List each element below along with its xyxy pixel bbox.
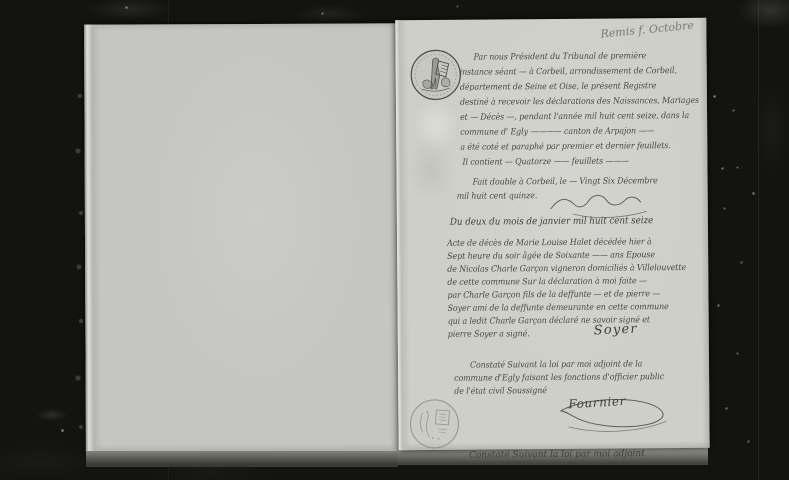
heading-line: et — Décès —, pendant l'année mil huit c… [460, 111, 689, 123]
heading-line: a été coté et paraphé par premier et der… [460, 141, 671, 153]
act-line: Sept heure du soir âgée de Soixante —— a… [447, 250, 655, 262]
constat-line: commune d'Egly faisant les fonctions d'o… [454, 372, 664, 384]
heading-line: commune d' Egly ———— canton de Arpajon —… [460, 126, 654, 138]
act-line: par Charle Garçon fils de la deffunte — … [447, 289, 660, 301]
left-blank-page [84, 23, 399, 452]
witness-signature: Soyer [593, 322, 638, 339]
official-seal-faint-icon [408, 398, 460, 450]
constat-line: Constaté Suivant la loi par moi adjoint … [470, 359, 642, 370]
scanned-civil-register: Constaté Suivant la loi par moi adjoint … [0, 0, 789, 480]
heading-line: instance séant — à Corbeil, arrondisseme… [460, 66, 677, 78]
heading-line: Par nous Président du Tribunal de premiè… [474, 51, 647, 62]
official-seal-icon [409, 48, 463, 102]
constat-line: de l'état civil Soussigné [454, 386, 547, 397]
under-page-note: Constaté Suivant la loi par moi adjoint [469, 449, 645, 461]
act-line: de cette commune Sur la déclaration à mo… [447, 276, 646, 288]
act-line: Acte de décès de Marie Louise Halet décé… [447, 237, 652, 249]
act-line: Du deux du mois de janvier mil huit cent… [450, 216, 653, 228]
scan-scratch-line [758, 0, 759, 480]
act-line: de Nicolas Charle Garçon vigneron domici… [447, 263, 686, 275]
act-line: Soyer ami de la deffunte demeurante en c… [448, 302, 669, 314]
act-line: pierre Soyer a signé. [448, 329, 530, 340]
right-manuscript-page: Remis f. Octobre Par nous Président du T… [395, 18, 709, 450]
heading-line: destiné à recevoir les déclarations des … [460, 96, 699, 108]
heading-line: département de Seine et Oise, le présent… [460, 81, 657, 93]
date-clause-line: mil huit cent quinze. [457, 191, 538, 202]
heading-line: Il contient — Quatorze —— feuillets ——— [462, 156, 629, 167]
torn-binding-edge [0, 0, 2, 2]
margin-annotation: Remis f. Octobre [600, 19, 694, 41]
page-stack-edge-left [86, 451, 398, 467]
